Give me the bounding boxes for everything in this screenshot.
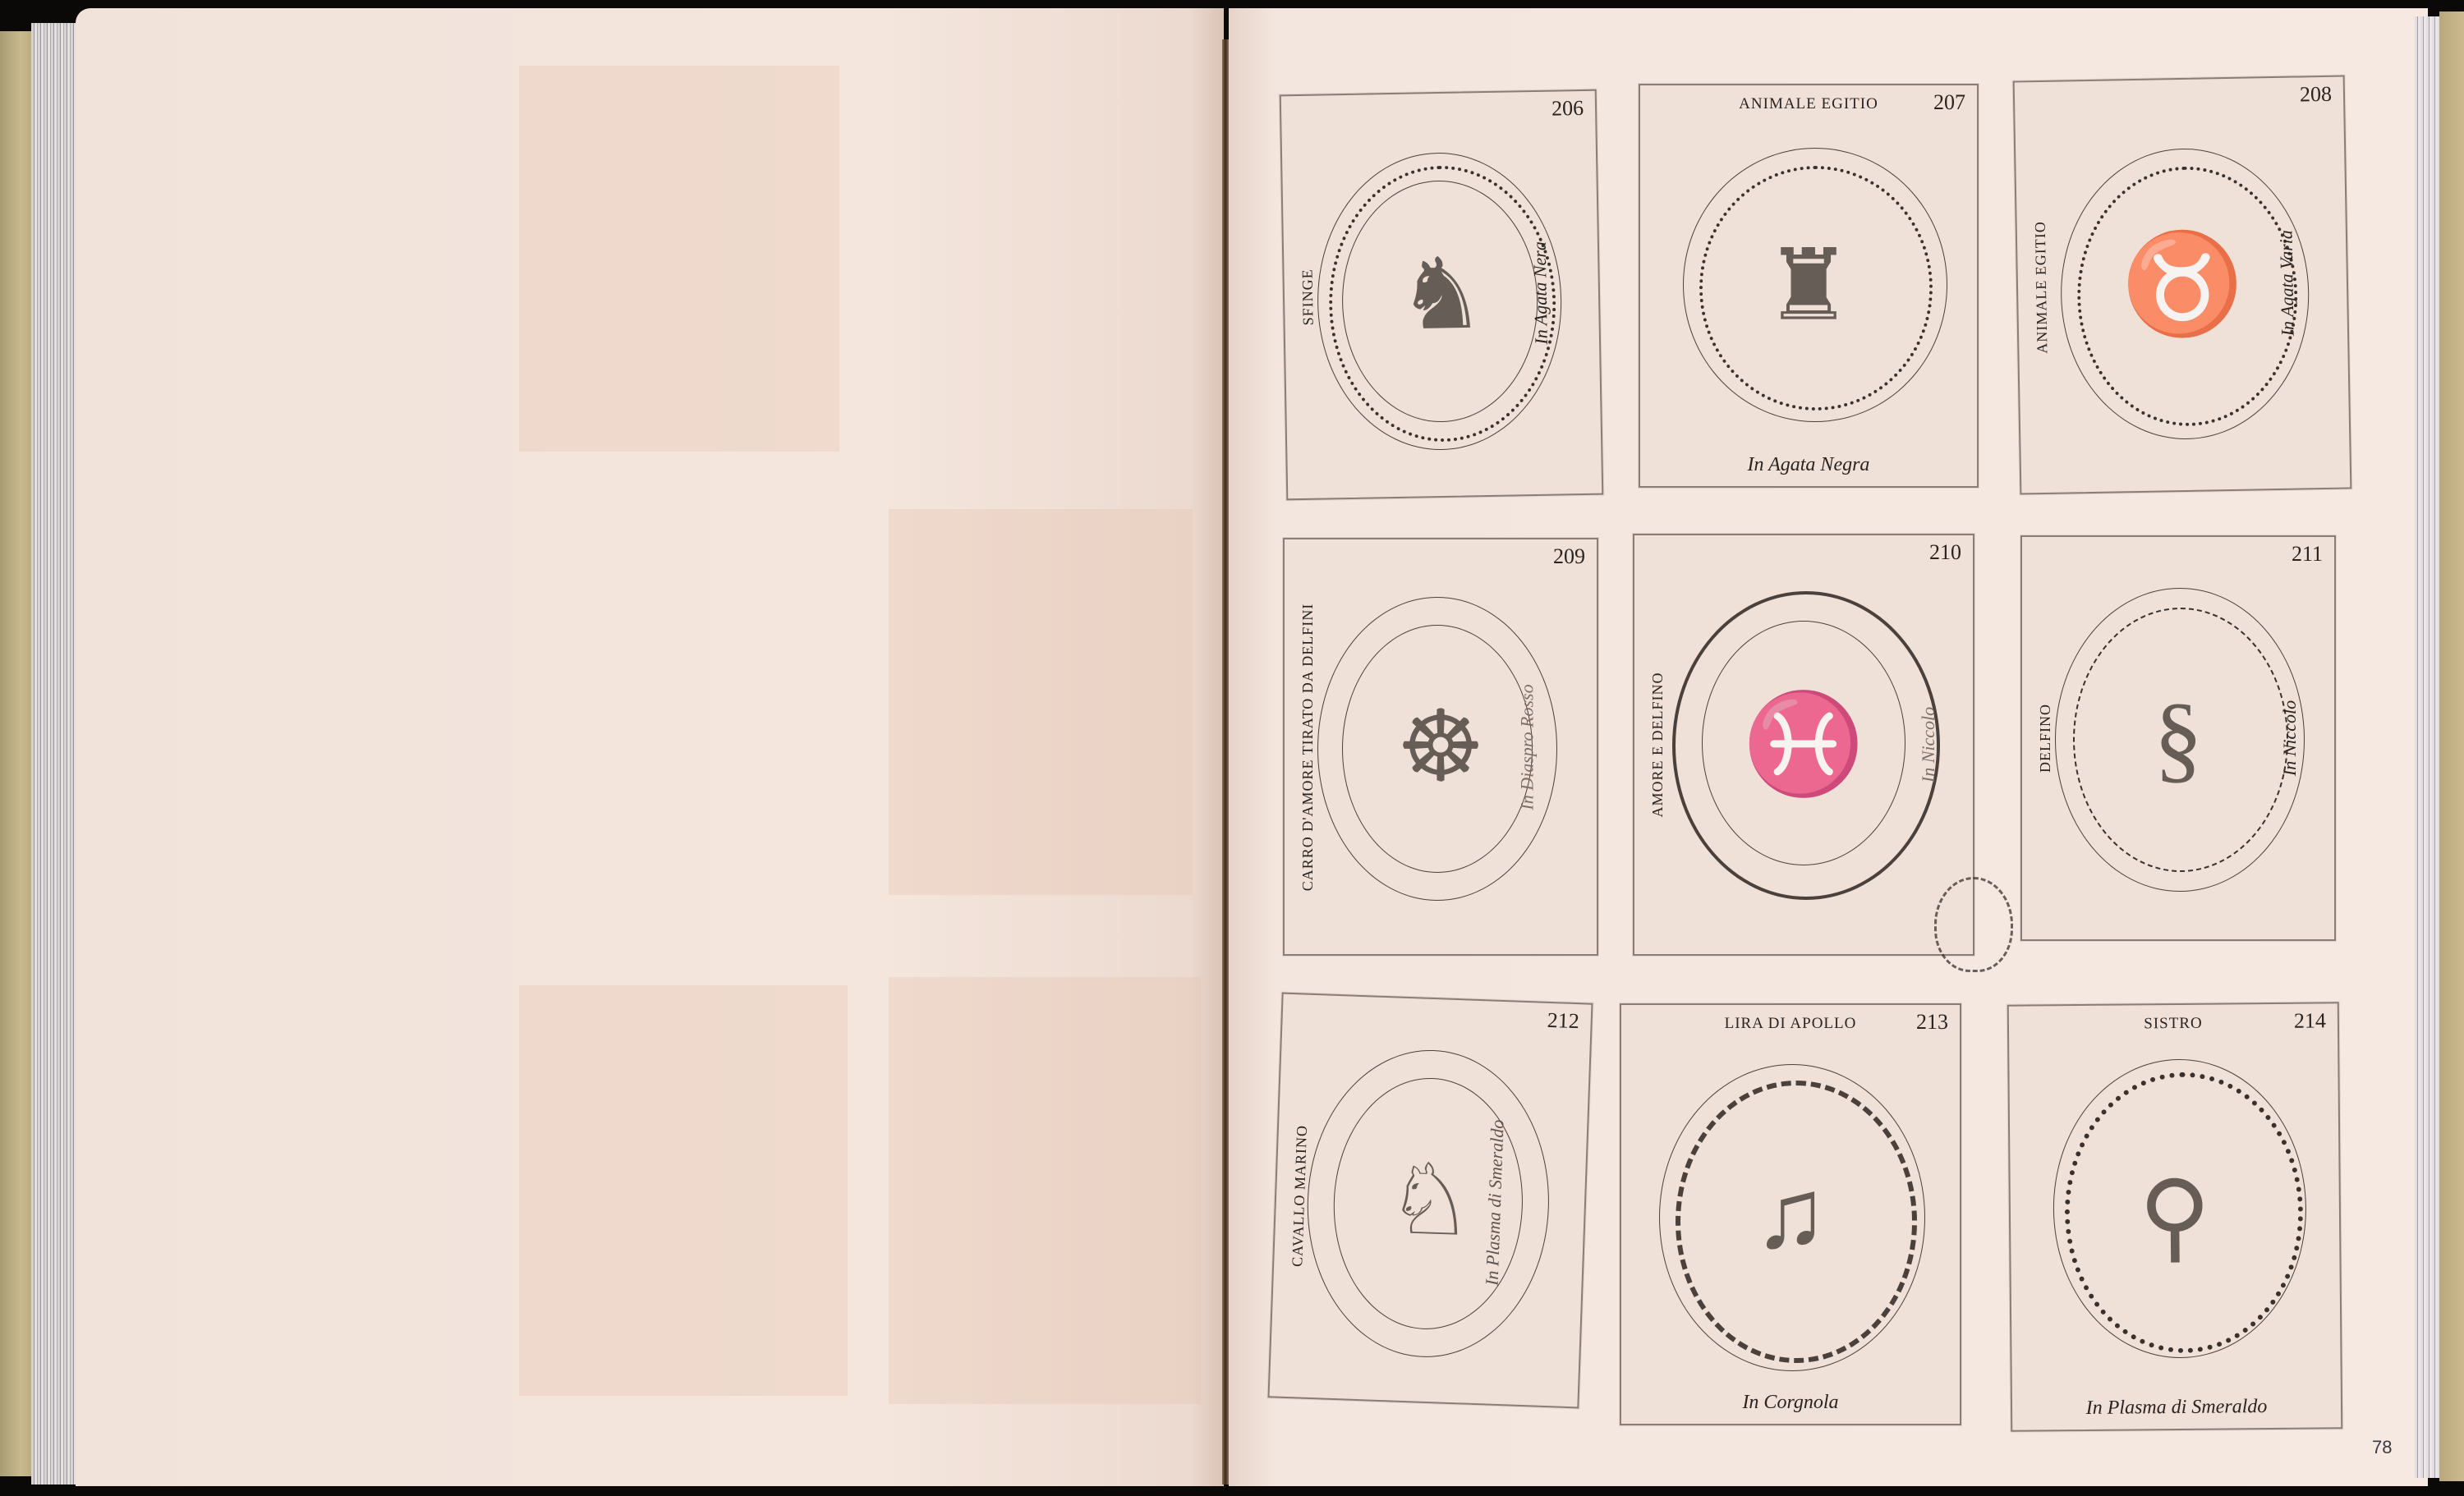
- show-through: [889, 977, 1201, 1404]
- gem-material: In Plasma di Smeraldo: [2012, 1395, 2341, 1420]
- folio-number: 78: [2372, 1437, 2392, 1458]
- print-number: 212: [1547, 1008, 1579, 1034]
- gem-material: In Agata Negra: [1640, 454, 1977, 476]
- gem-material: In Corgnola: [1621, 1392, 1960, 1414]
- gem-material: In Agata Nera: [1529, 241, 1551, 345]
- sistrum-icon: ⚲: [2138, 1159, 2211, 1274]
- print-207: ANIMALE EGITIO 207 ♜ In Agata Negra: [1639, 84, 1979, 488]
- seated-beast-icon: ♜: [1764, 229, 1853, 343]
- print-211: 211 DELFINO § In Niccolo: [2020, 535, 2336, 941]
- show-through: [519, 66, 839, 452]
- book-cover-left: [0, 31, 34, 1476]
- gem-material: In Niccolo: [2279, 700, 2301, 776]
- print-title: ANIMALE EGITIO: [2032, 221, 2052, 354]
- print-number: 207: [1933, 90, 1965, 115]
- print-210: 210 AMORE E DELFINO ♓ In Niccolo: [1633, 534, 1974, 956]
- print-number: 208: [2300, 82, 2333, 108]
- print-209: 209 CARRO D'AMORE TIRATO DA DELFINI ☸ In…: [1283, 538, 1598, 956]
- chariot-icon: ☸: [1396, 690, 1485, 804]
- print-title: AMORE E DELFINO: [1649, 672, 1666, 818]
- print-number: 214: [2294, 1008, 2326, 1033]
- print-title: SFINGE: [1299, 268, 1317, 325]
- gem-material: In Agata Varia: [2275, 230, 2298, 337]
- print-title: LIRA DI APOLLO: [1621, 1015, 1960, 1033]
- print-208: 208 ANIMALE EGITIO ♉ In Agata Varia: [2013, 76, 2352, 495]
- book-gutter: [1222, 39, 1229, 1485]
- gem-material: In Niccolo: [1918, 707, 1939, 782]
- cupid-dolphin-icon: ♓: [1742, 687, 1864, 802]
- hippocamp-icon: ♘: [1384, 1142, 1476, 1260]
- print-212: 212 CAVALLO MARINO ♘ In Plasma di Smeral…: [1267, 993, 1593, 1409]
- gem-material: In Diaspro Rosso: [1516, 684, 1538, 810]
- library-stamp: [1934, 877, 2013, 972]
- show-through: [519, 985, 848, 1396]
- lyre-icon: ♫: [1754, 1158, 1827, 1271]
- print-number: 209: [1553, 544, 1585, 569]
- sphinx-icon: ♞: [1396, 237, 1487, 353]
- print-number: 210: [1929, 540, 1961, 565]
- book-cover-right: [2439, 11, 2464, 1481]
- dolphin-icon: §: [2154, 681, 2203, 795]
- print-title: ANIMALE EGITIO: [1640, 95, 1977, 113]
- bull-icon: ♉: [2120, 227, 2245, 344]
- show-through: [889, 509, 1193, 895]
- print-number: 211: [2292, 542, 2323, 567]
- print-title: CARRO D'AMORE TIRATO DA DELFINI: [1299, 603, 1317, 891]
- print-213: LIRA DI APOLLO 213 ♫ In Corgnola: [1620, 1003, 1961, 1425]
- print-214: SISTRO 214 ⚲ In Plasma di Smeraldo: [2007, 1002, 2343, 1432]
- print-206: 206 SFINGE ♞ In Agata Nera: [1280, 89, 1604, 501]
- print-number: 206: [1551, 96, 1584, 122]
- print-number: 213: [1916, 1010, 1948, 1035]
- print-title: DELFINO: [2037, 704, 2054, 773]
- print-title: SISTRO: [2009, 1013, 2338, 1034]
- page-edges-left: [31, 23, 79, 1485]
- left-page: [76, 8, 1224, 1486]
